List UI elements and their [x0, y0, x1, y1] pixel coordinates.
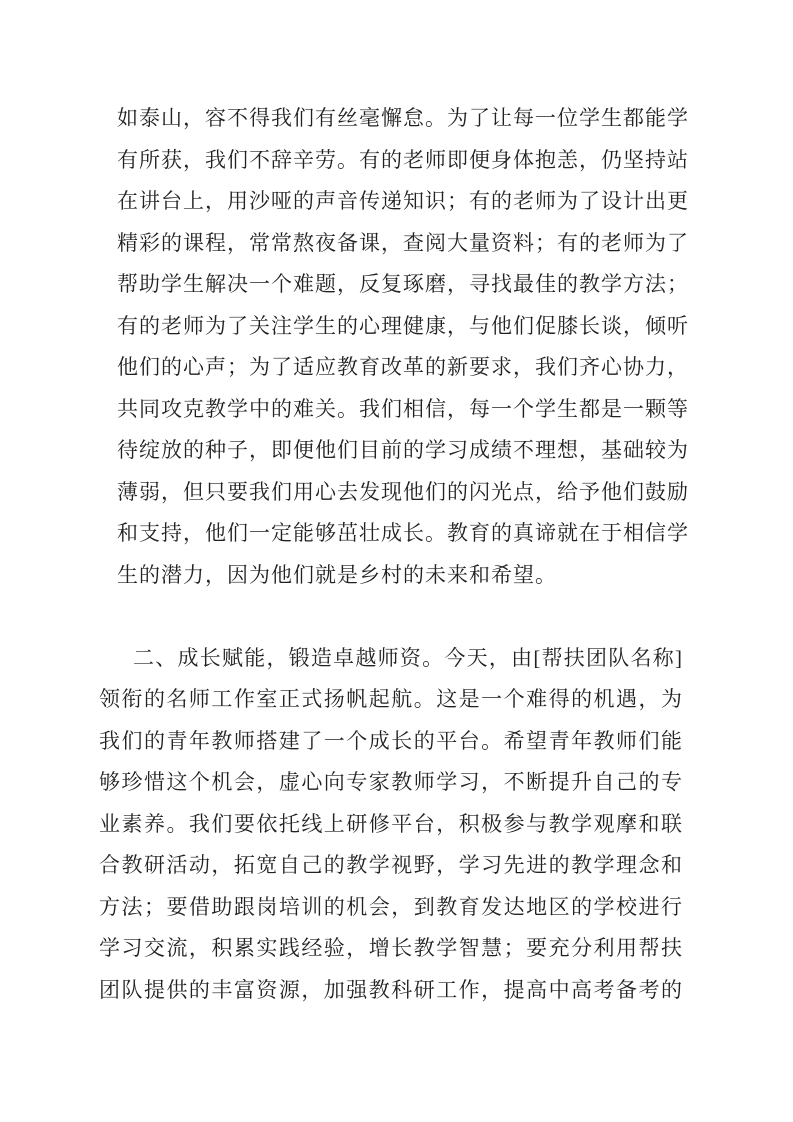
text-line: 够珍惜这个机会，虚心向专家教师学习，不断提升自己的专 — [99, 762, 683, 804]
text-line: 我们的青年教师搭建了一个成长的平台。希望青年教师们能 — [99, 721, 683, 763]
document-body: 如泰山，容不得我们有丝毫懈怠。为了让每一位学生都能学有所获，我们不辞辛劳。有的老… — [99, 98, 683, 1011]
text-line: 生的潜力，因为他们就是乡村的未来和希望。 — [117, 555, 683, 597]
text-line: 共同攻克教学中的难关。我们相信，每一个学生都是一颗等 — [117, 389, 683, 431]
text-line: 业素养。我们要依托线上研修平台，积极参与教学观摩和联 — [99, 804, 683, 846]
text-line: 有所获，我们不辞辛劳。有的老师即便身体抱恙，仍坚持站 — [117, 140, 683, 182]
text-line: 领衔的名师工作室正式扬帆起航。这是一个难得的机遇，为 — [99, 679, 683, 721]
text-line: 待绽放的种子，即便他们目前的学习成绩不理想，基础较为 — [117, 430, 683, 472]
text-line: 有的老师为了关注学生的心理健康，与他们促膝长谈，倾听 — [117, 306, 683, 348]
text-line: 他们的心声；为了适应教育改革的新要求，我们齐心协力， — [117, 347, 683, 389]
document-page: 如泰山，容不得我们有丝毫懈怠。为了让每一位学生都能学有所获，我们不辞辛劳。有的老… — [0, 0, 793, 1122]
text-line: 学习交流，积累实践经验，增长教学智慧；要充分利用帮扶 — [99, 928, 683, 970]
text-line: 合教研活动，拓宽自己的教学视野，学习先进的教学理念和 — [99, 845, 683, 887]
text-line: 团队提供的丰富资源，加强教科研工作，提高中高考备考的 — [99, 970, 683, 1012]
text-line: 二、成长赋能，锻造卓越师资。今天，由[帮扶团队名称] — [99, 638, 683, 680]
text-line: 和支持，他们一定能够茁壮成长。教育的真谛就在于相信学 — [117, 513, 683, 555]
text-line: 薄弱，但只要我们用心去发现他们的闪光点，给予他们鼓励 — [117, 472, 683, 514]
text-line: 如泰山，容不得我们有丝毫懈怠。为了让每一位学生都能学 — [117, 98, 683, 140]
text-line: 在讲台上，用沙哑的声音传递知识；有的老师为了设计出更 — [117, 181, 683, 223]
text-line: 精彩的课程，常常熬夜备课，查阅大量资料；有的老师为了 — [117, 223, 683, 265]
paragraph-section-two: 二、成长赋能，锻造卓越师资。今天，由[帮扶团队名称]领衔的名师工作室正式扬帆起航… — [99, 638, 683, 1012]
text-line: 帮助学生解决一个难题，反复琢磨，寻找最佳的教学方法； — [117, 264, 683, 306]
text-line: 方法；要借助跟岗培训的机会，到教育发达地区的学校进行 — [99, 887, 683, 929]
paragraph-continuation: 如泰山，容不得我们有丝毫懈怠。为了让每一位学生都能学有所获，我们不辞辛劳。有的老… — [117, 98, 683, 596]
